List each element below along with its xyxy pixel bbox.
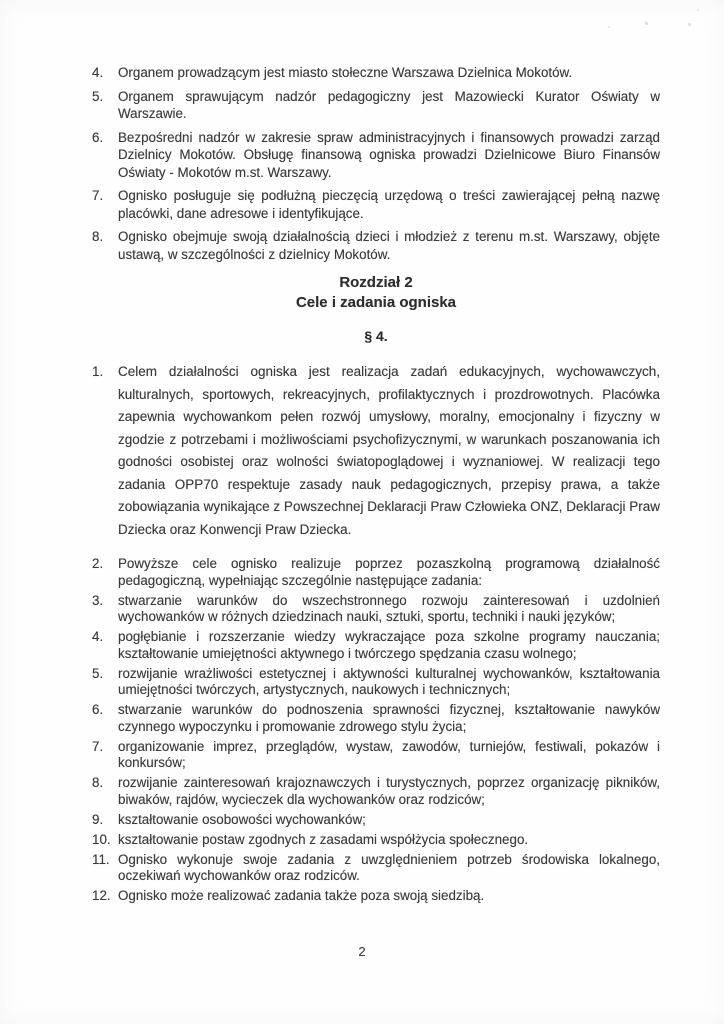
list-item: 10. kształtowanie postaw zgodnych z zasa… — [92, 832, 660, 849]
item-number: 4. — [92, 64, 118, 82]
item-text: Organem prowadzącym jest miasto stołeczn… — [118, 64, 660, 82]
item-text: Powyższe cele ognisko realizuje poprzez … — [118, 556, 660, 589]
item-text: Celem działalności ogniska jest realizac… — [118, 361, 660, 541]
item-number: 9. — [92, 812, 118, 829]
section-number: § 4. — [92, 328, 660, 344]
item-text: Ognisko posługuje się podłużną pieczęcią… — [118, 187, 660, 222]
chapter-subtitle: Cele i zadania ogniska — [92, 293, 660, 313]
item-text: organizowanie imprez, przeglądów, wystaw… — [118, 739, 660, 772]
item-text: Ognisko może realizować zadania także po… — [118, 888, 660, 905]
list-item: 5. Organem sprawującym nadzór pedagogicz… — [92, 88, 660, 123]
item-number: 8. — [92, 228, 118, 263]
item-number: 2. — [92, 556, 118, 589]
scan-speck — [697, 9, 699, 11]
item-text: kształtowanie postaw zgodnych z zasadami… — [118, 832, 660, 849]
item-text: pogłębianie i rozszerzanie wiedzy wykrac… — [118, 629, 660, 662]
list-item: 5. rozwijanie wrażliwości estetycznej i … — [92, 666, 660, 699]
item-number: 6. — [92, 702, 118, 735]
list-item: 2. Powyższe cele ognisko realizuje poprz… — [92, 556, 660, 589]
item-text: rozwijanie zainteresowań krajoznawczych … — [118, 775, 660, 808]
item-number: 5. — [92, 666, 118, 699]
item-number: 8. — [92, 775, 118, 808]
item-text: Bezpośredni nadzór w zakresie spraw admi… — [118, 129, 660, 182]
item-number: 4. — [92, 629, 118, 662]
intro-list: 4. Organem prowadzącym jest miasto stołe… — [92, 64, 660, 263]
item-number: 10. — [92, 832, 118, 849]
item-number: 12. — [92, 888, 118, 905]
list-item: 4. pogłębianie i rozszerzanie wiedzy wyk… — [92, 629, 660, 662]
item-number: 7. — [92, 739, 118, 772]
list-item: 8. rozwijanie zainteresowań krajoznawczy… — [92, 775, 660, 808]
item-text: Ognisko wykonuje swoje zadania z uwzględ… — [118, 852, 660, 885]
item-text: Organem sprawującym nadzór pedagogiczny … — [118, 88, 660, 123]
item-text: stwarzanie warunków do podnoszenia spraw… — [118, 702, 660, 735]
item-text: Ognisko obejmuje swoją działalnością dzi… — [118, 228, 660, 263]
item-number: 1. — [92, 361, 118, 541]
list-item: 6. stwarzanie warunków do podnoszenia sp… — [92, 702, 660, 735]
scan-speck — [688, 23, 691, 26]
item-number: 7. — [92, 187, 118, 222]
list-item: 11. Ognisko wykonuje swoje zadania z uwz… — [92, 852, 660, 885]
item-number: 11. — [92, 852, 118, 885]
list-item: 12. Ognisko może realizować zadania takż… — [92, 888, 660, 905]
list-item: 6. Bezpośredni nadzór w zakresie spraw a… — [92, 129, 660, 182]
item-text: kształtowanie osobowości wychowanków; — [118, 812, 660, 829]
item-number: 6. — [92, 129, 118, 182]
list-item: 8. Ognisko obejmuje swoją działalnością … — [92, 228, 660, 263]
document-content: 4. Organem prowadzącym jest miasto stołe… — [92, 64, 660, 908]
item-number: 3. — [92, 593, 118, 626]
scan-speck — [608, 26, 610, 28]
item-text: rozwijanie wrażliwości estetycznej i akt… — [118, 666, 660, 699]
chapter-title: Rozdział 2 — [92, 273, 660, 293]
item-text: stwarzanie warunków do wszechstronnego r… — [118, 593, 660, 626]
list-item: 4. Organem prowadzącym jest miasto stołe… — [92, 64, 660, 82]
scan-speck — [645, 22, 648, 25]
tasks-list: 2. Powyższe cele ognisko realizuje poprz… — [92, 556, 660, 905]
list-item: 7. Ognisko posługuje się podłużną pieczę… — [92, 187, 660, 222]
list-item: 3. stwarzanie warunków do wszechstronneg… — [92, 593, 660, 626]
item-number: 5. — [92, 88, 118, 123]
document-page: 4. Organem prowadzącym jest miasto stołe… — [0, 0, 724, 1024]
page-number: 2 — [0, 944, 724, 959]
list-item: 7. organizowanie imprez, przeglądów, wys… — [92, 739, 660, 772]
list-item: 9. kształtowanie osobowości wychowanków; — [92, 812, 660, 829]
paragraph-1: 1. Celem działalności ogniska jest reali… — [92, 361, 660, 541]
